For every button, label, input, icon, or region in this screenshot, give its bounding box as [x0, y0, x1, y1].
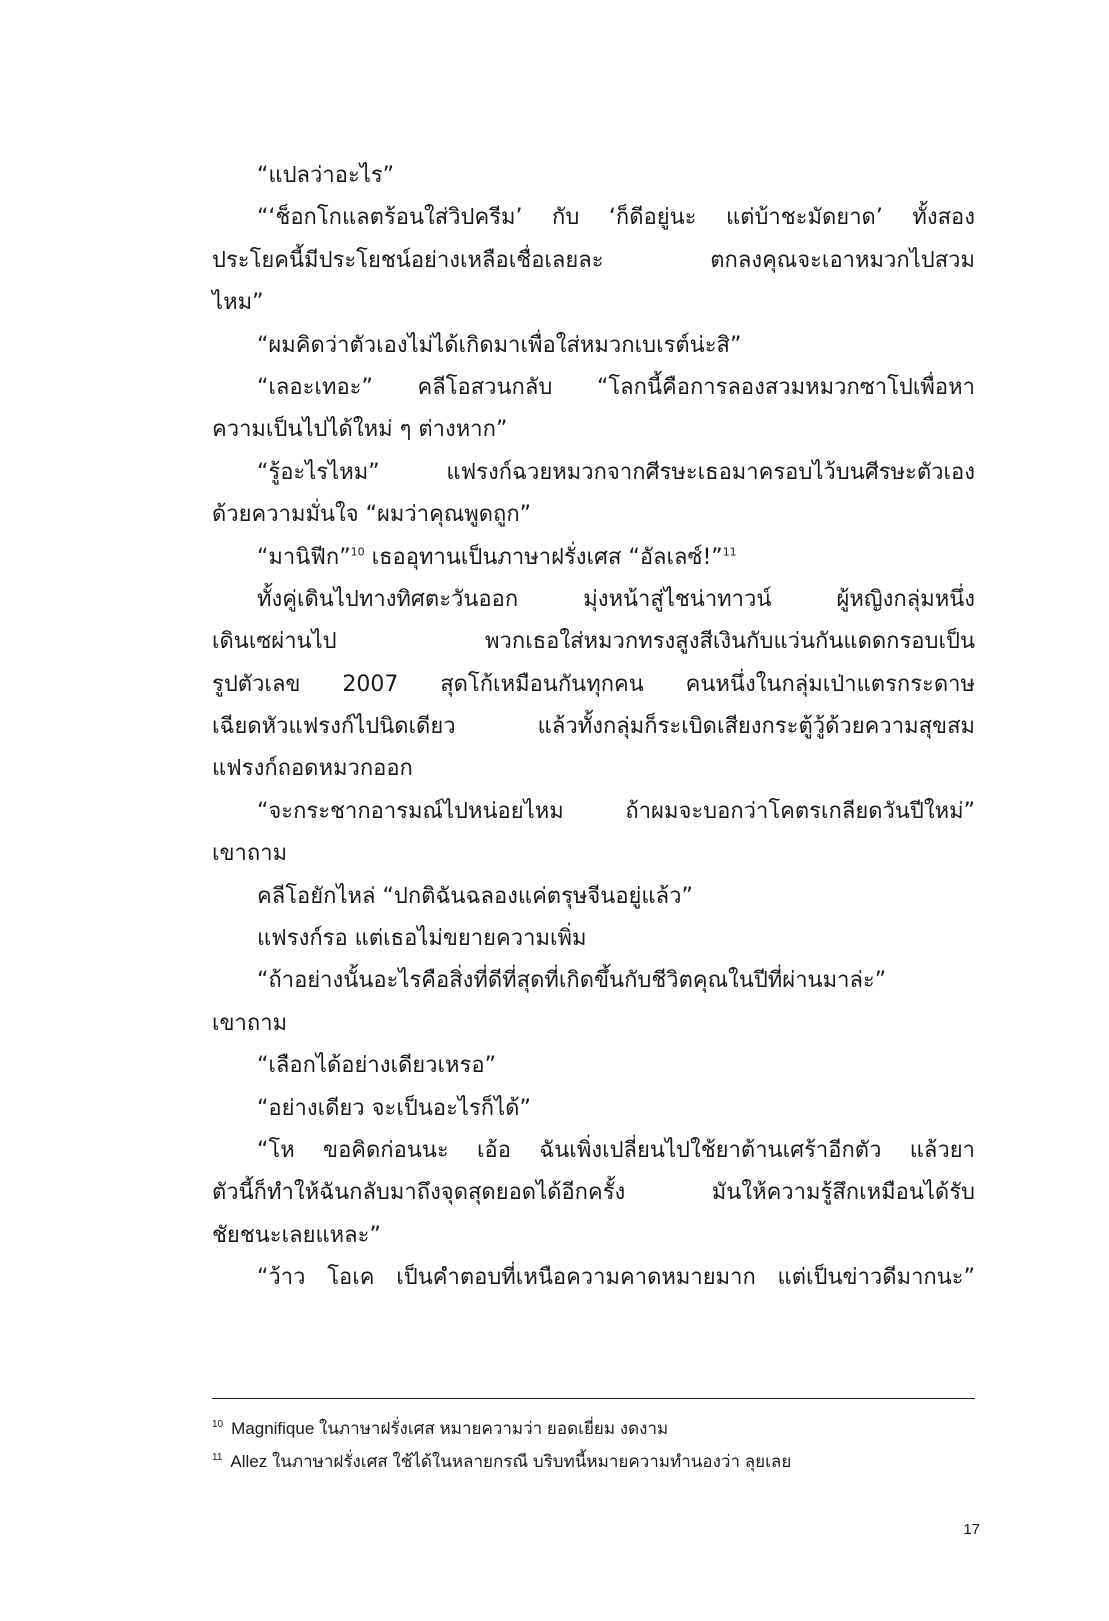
footnote-ref-11[interactable]: 11: [723, 545, 737, 558]
text-line: แฟรงก์รอ แต่เธอไม่ขยายความเพิ่ม: [212, 918, 975, 960]
text-line: “‘ช็อกโกแลตร้อนใส่วิปครีม’ กับ ‘ก็ดีอยู่…: [212, 197, 975, 239]
footnote-number: 10: [212, 1419, 223, 1430]
text-line-with-footnote-refs: “มานิฟีก”10 เธออุทานเป็นภาษาฝรั่งเศส “อั…: [212, 537, 975, 579]
text-line: “ถ้าอย่างนั้นอะไรคือสิ่งที่ดีที่สุดที่เก…: [212, 960, 975, 1002]
footnote-divider: [212, 1398, 975, 1399]
footnote-text: Magnifique ในภาษาฝรั่งเศส หมายความว่า ยอ…: [231, 1419, 668, 1438]
text-line: ความเป็นไปได้ใหม่ ๆ ต่างหาก”: [212, 409, 975, 451]
footnote-text: Allez ในภาษาฝรั่งเศส ใช้ได้ในหลายกรณี บร…: [230, 1452, 791, 1471]
text-line: ชัยชนะเลยแหละ”: [212, 1215, 975, 1257]
text-line: “โห ขอคิดก่อนนะ เอ้อ ฉันเพิ่งเปลี่ยนไปใช…: [212, 1130, 975, 1172]
text-line: คลีโอยักไหล่ “ปกติฉันฉลองแค่ตรุษจีนอยู่แ…: [212, 876, 975, 918]
text-line: “เลอะเทอะ” คลีโอสวนกลับ “โลกนี้คือการลอง…: [212, 367, 975, 409]
quote-magnifique: “มานิฟีก”: [257, 545, 351, 570]
text-line: “แปลว่าอะไร”: [212, 155, 975, 197]
footnotes: 10Magnifique ในภาษาฝรั่งเศส หมายความว่า …: [212, 1412, 975, 1478]
text-line: ประโยคนี้มีประโยชน์อย่างเหลือเชื่อเลยละ …: [212, 240, 975, 282]
footnote-11: 11Allez ในภาษาฝรั่งเศส ใช้ได้ในหลายกรณี …: [212, 1445, 975, 1478]
body-text: “แปลว่าอะไร” “‘ช็อกโกแลตร้อนใส่วิปครีม’ …: [212, 155, 975, 1300]
text-line: รูปตัวเลข 2007 สุดโก้เหมือนกันทุกคน คนหน…: [212, 664, 975, 706]
page-number: 17: [950, 1521, 980, 1538]
footnote-number: 11: [212, 1452, 222, 1463]
text-line: “อย่างเดียว จะเป็นอะไรก็ได้”: [212, 1088, 975, 1130]
text-line: ทั้งคู่เดินไปทางทิศตะวันออก มุ่งหน้าสู่ไ…: [212, 579, 975, 621]
text-line: เขาถาม: [212, 833, 975, 875]
text-line: ไหม”: [212, 282, 975, 324]
text-line: “ว้าว โอเค เป็นคำตอบที่เหนือความคาดหมายม…: [212, 1257, 975, 1299]
text-line: ตัวนี้ก็ทำให้ฉันกลับมาถึงจุดสุดยอดได้อีก…: [212, 1172, 975, 1214]
text-line: เฉียดหัวแฟรงก์ไปนิดเดียว แล้วทั้งกลุ่มก็…: [212, 706, 975, 748]
text-line: “ผมคิดว่าตัวเองไม่ได้เกิดมาเพื่อใส่หมวกเ…: [212, 325, 975, 367]
text-line: “รู้อะไรไหม” แฟรงก์ฉวยหมวกจากศีรษะเธอมาค…: [212, 452, 975, 494]
text-line: “จะกระชากอารมณ์ไปหน่อยไหม ถ้าผมจะบอกว่าโ…: [212, 791, 975, 833]
text-line: เขาถาม: [212, 1003, 975, 1045]
text-line: ด้วยความมั่นใจ “ผมว่าคุณพูดถูก”: [212, 494, 975, 536]
footnote-ref-10[interactable]: 10: [351, 545, 365, 558]
text-line: เดินเซผ่านไป พวกเธอใส่หมวกทรงสูงสีเงินกั…: [212, 621, 975, 663]
text-line: “เลือกได้อย่างเดียวเหรอ”: [212, 1045, 975, 1087]
text-line: แฟรงก์ถอดหมวกออก: [212, 748, 975, 790]
text-segment: เธออุทานเป็นภาษาฝรั่งเศส “อัลเลซ์!”: [365, 545, 723, 570]
book-page: “แปลว่าอะไร” “‘ช็อกโกแลตร้อนใส่วิปครีม’ …: [0, 0, 1109, 1621]
footnote-10: 10Magnifique ในภาษาฝรั่งเศส หมายความว่า …: [212, 1412, 975, 1445]
